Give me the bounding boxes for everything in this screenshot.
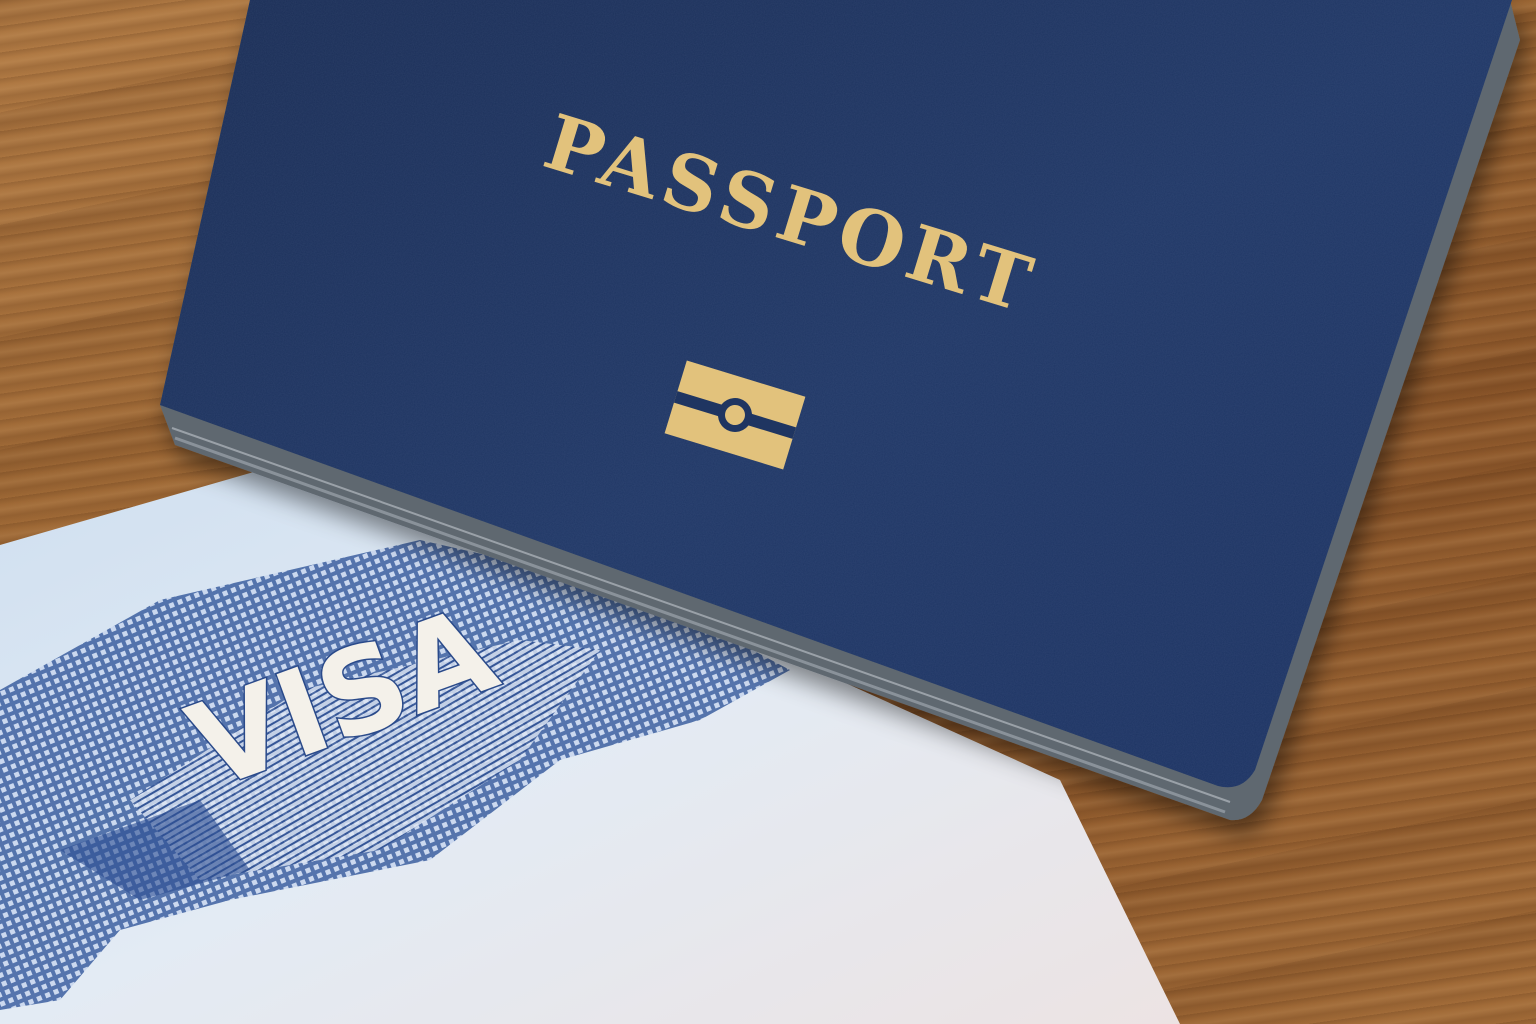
photo-scene: VISA PASSPORT <box>0 0 1536 1024</box>
passport-booklet: PASSPORT <box>0 0 1536 1024</box>
